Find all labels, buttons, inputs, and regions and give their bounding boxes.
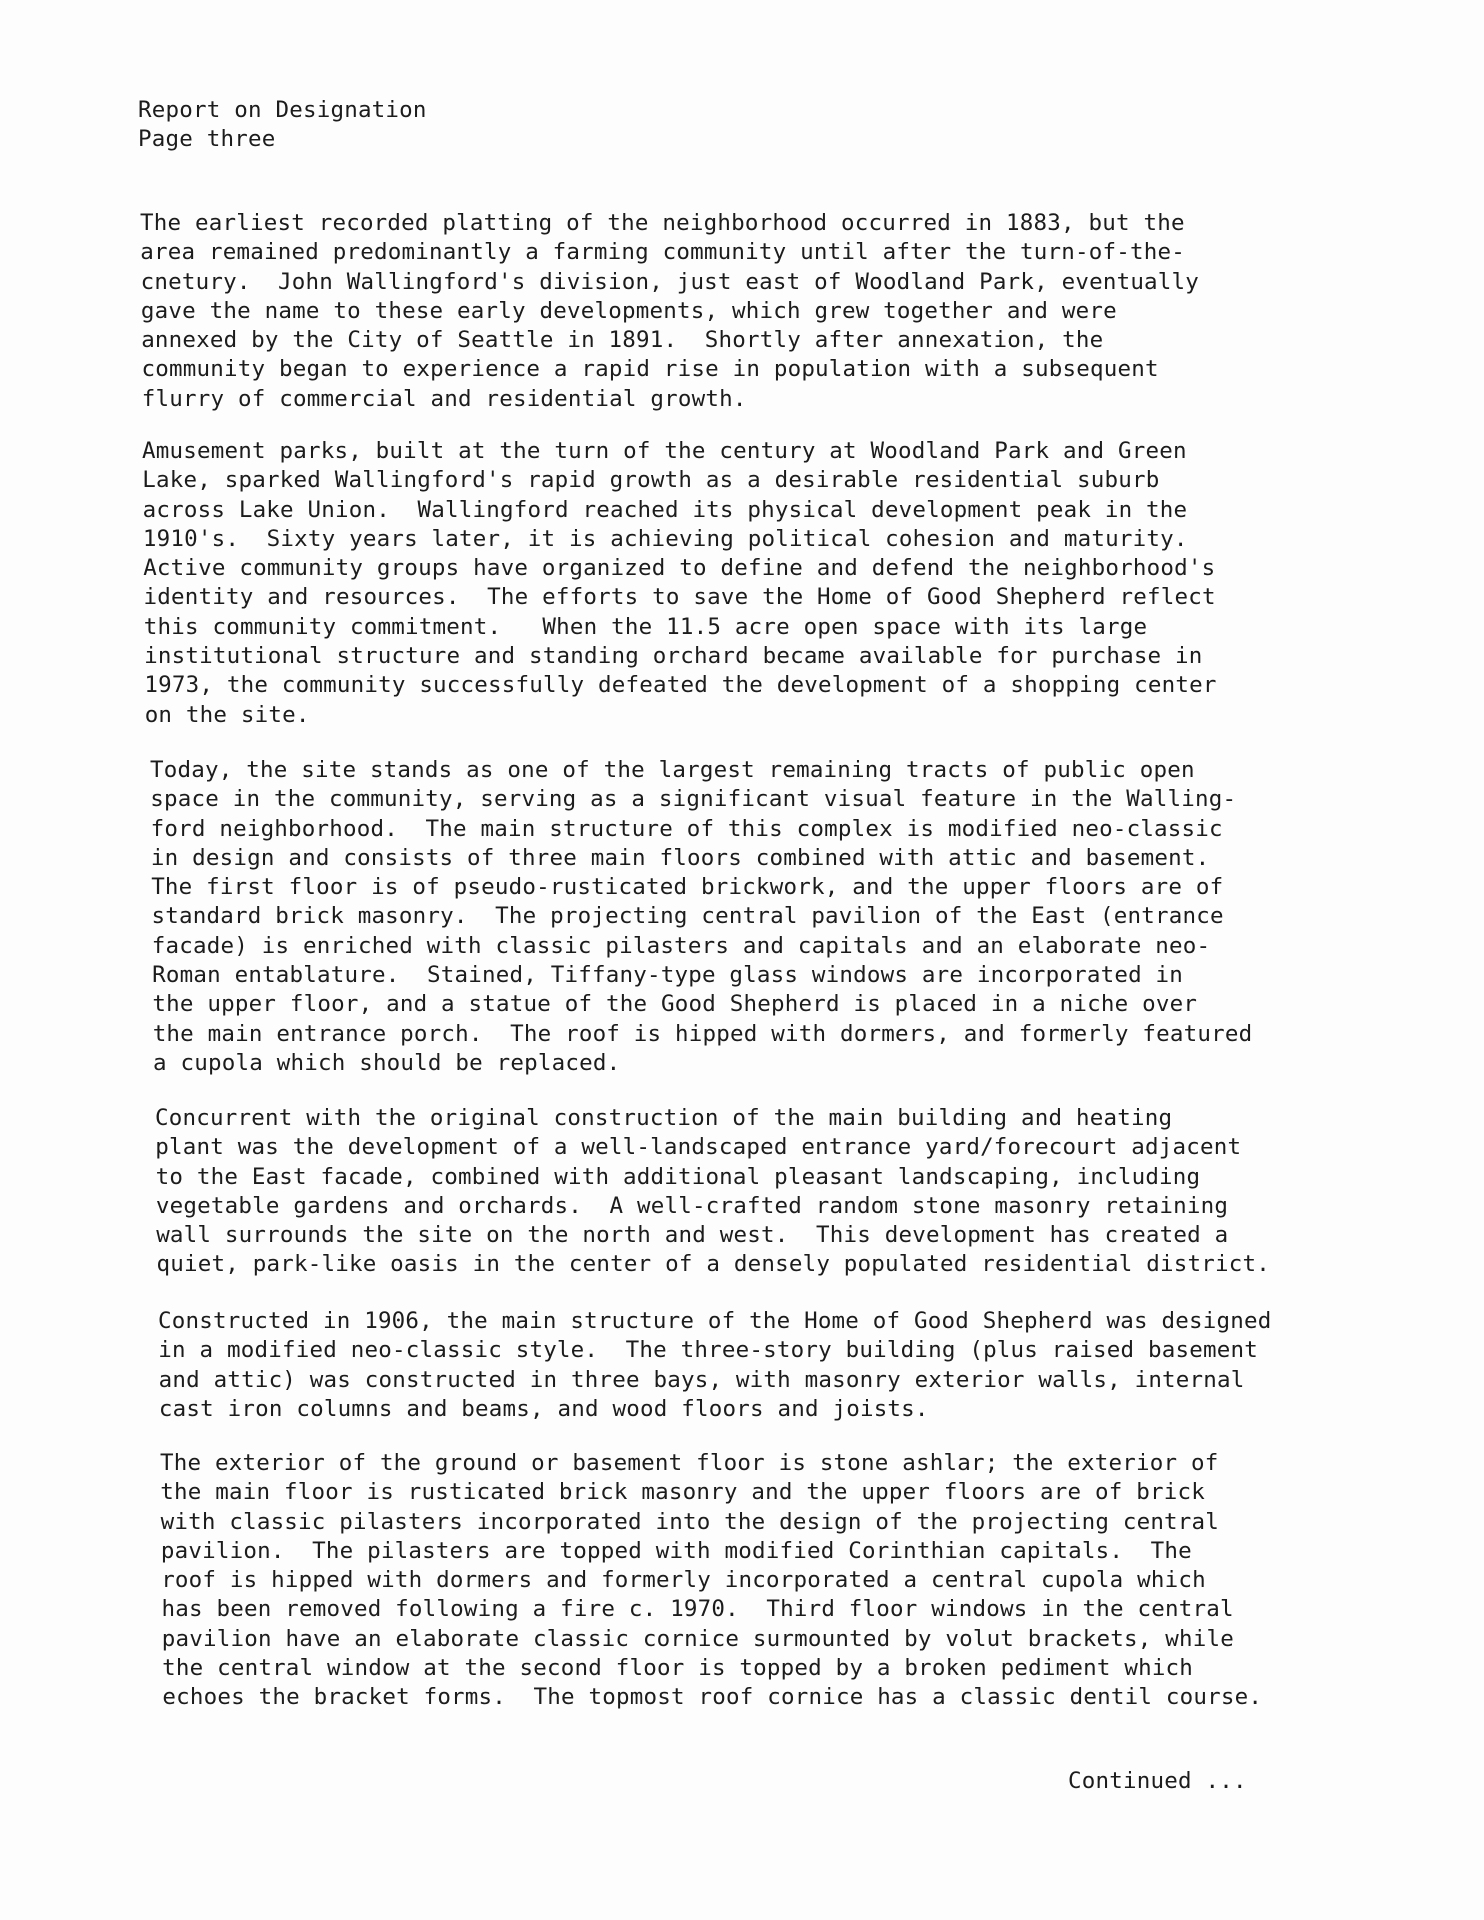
text-line: pavilion. The pilasters are topped with …	[161, 1537, 1262, 1566]
text-line: Roman entablature. Stained, Tiffany-type…	[152, 961, 1252, 990]
text-line: facade) is enriched with classic pilaste…	[152, 932, 1253, 961]
text-line: ford neighborhood. The main structure of…	[151, 815, 1253, 844]
text-line: standard brick masonry. The projecting c…	[152, 902, 1253, 931]
text-line: on the site.	[145, 701, 1217, 730]
report-title: Report on Designation	[138, 96, 427, 125]
text-line: vegetable gardens and orchards. A well-c…	[156, 1192, 1270, 1221]
text-line: Lake, sparked Wallingford's rapid growth…	[142, 466, 1216, 495]
text-line: echoes the bracket forms. The topmost ro…	[162, 1683, 1262, 1712]
text-line: in a modified neo-classic style. The thr…	[158, 1336, 1271, 1365]
report-header: Report on Designation Page three	[138, 96, 427, 154]
text-line: to the East facade, combined with additi…	[156, 1163, 1270, 1192]
text-line: The earliest recorded platting of the ne…	[140, 209, 1199, 238]
text-line: a cupola which should be replaced.	[153, 1049, 1252, 1078]
text-line: The exterior of the ground or basement f…	[160, 1449, 1262, 1478]
paragraph-growth: Amusement parks, built at the turn of th…	[142, 437, 1217, 730]
text-line: this community commitment. When the 11.5…	[144, 613, 1217, 642]
text-line: 1973, the community successfully defeate…	[144, 671, 1216, 700]
paragraph-history: The earliest recorded platting of the ne…	[140, 209, 1199, 414]
text-line: cast iron columns and beams, and wood fl…	[159, 1395, 1272, 1424]
text-line: Amusement parks, built at the turn of th…	[142, 437, 1217, 466]
paragraph-site-today: Today, the site stands as one of the lar…	[150, 756, 1252, 1078]
text-line: has been removed following a fire c. 197…	[162, 1595, 1263, 1624]
text-line: community began to experience a rapid ri…	[142, 355, 1200, 384]
text-line: quiet, park-like oasis in the center of …	[157, 1250, 1270, 1279]
text-line: The first floor is of pseudo-rusticated …	[151, 873, 1252, 902]
text-line: cnetury. John Wallingford's division, ju…	[141, 268, 1199, 297]
text-line: 1910's. Sixty years later, it is achievi…	[143, 525, 1217, 554]
document-page: Report on Designation Page three The ear…	[0, 0, 1484, 1920]
text-line: Constructed in 1906, the main structure …	[158, 1307, 1271, 1336]
page-number: Page three	[138, 125, 427, 154]
text-line: gave the name to these early development…	[141, 297, 1199, 326]
text-line: across Lake Union. Wallingford reached i…	[143, 496, 1217, 525]
text-line: and attic) was constructed in three bays…	[159, 1366, 1272, 1395]
text-line: with classic pilasters incorporated into…	[161, 1508, 1263, 1537]
text-line: the central window at the second floor i…	[162, 1654, 1262, 1683]
text-line: Concurrent with the original constructio…	[155, 1104, 1270, 1133]
text-line: area remained predominantly a farming co…	[140, 238, 1199, 267]
text-line: wall surrounds the site on the north and…	[156, 1221, 1270, 1250]
text-line: space in the community, serving as a sig…	[150, 785, 1252, 814]
text-line: annexed by the City of Seattle in 1891. …	[141, 326, 1199, 355]
paragraph-construction: Constructed in 1906, the main structure …	[158, 1307, 1271, 1424]
text-line: roof is hipped with dormers and formerly…	[161, 1566, 1262, 1595]
text-line: pavilion have an elaborate classic corni…	[162, 1625, 1262, 1654]
paragraph-landscaping: Concurrent with the original constructio…	[155, 1104, 1270, 1280]
text-line: institutional structure and standing orc…	[144, 642, 1217, 671]
text-line: the main floor is rusticated brick mason…	[160, 1478, 1262, 1507]
text-line: flurry of commercial and residential gro…	[142, 385, 1199, 414]
text-line: Active community groups have organized t…	[143, 554, 1216, 583]
paragraph-exterior: The exterior of the ground or basement f…	[160, 1449, 1262, 1713]
text-line: plant was the development of a well-land…	[155, 1133, 1270, 1162]
text-line: in design and consists of three main flo…	[151, 844, 1253, 873]
continued-note: Continued ...	[1068, 1768, 1247, 1794]
text-line: the upper floor, and a statue of the Goo…	[152, 990, 1252, 1019]
text-line: Today, the site stands as one of the lar…	[150, 756, 1252, 785]
text-line: identity and resources. The efforts to s…	[144, 583, 1217, 612]
text-line: the main entrance porch. The roof is hip…	[153, 1020, 1253, 1049]
